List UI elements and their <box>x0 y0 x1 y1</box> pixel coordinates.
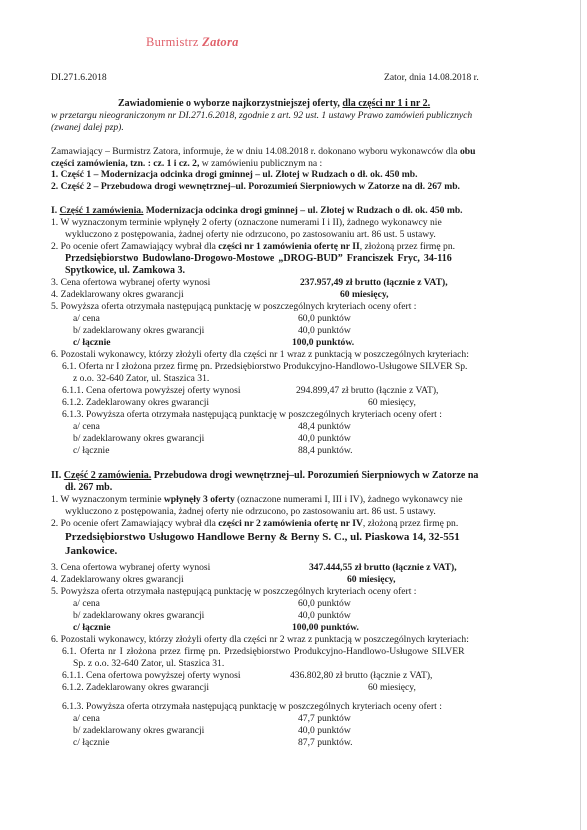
stamp-name: Zatora <box>202 35 239 49</box>
part1-price-value: 237.957,49 zł brutto (łącznie z VAT), <box>300 277 448 288</box>
part1-other-line1: 6.1. Oferta nr I złożona przez firmę pn.… <box>62 361 467 372</box>
para-text: 2. Po ocenie ofert Zamawiający wybrał dl… <box>51 518 218 529</box>
intro-bold: części zamówienia, tzn. : cz. 1 i cz. 2, <box>51 158 199 169</box>
part2-other-score-b-value: 40,0 punktów <box>298 725 351 736</box>
heading-number: I. <box>51 205 60 216</box>
intro-bold: obu <box>460 146 475 157</box>
part2-para2: 2. Po ocenie ofert Zamawiający wybrał dl… <box>51 518 458 529</box>
para-text: (oznaczone numerami I, III i IV), żadneg… <box>235 494 463 505</box>
part2-score-c-label: c/ łącznie <box>73 622 111 633</box>
intro-text: w zamówieniu publicznym na : <box>199 158 322 169</box>
part2-score-a-label: a/ cena <box>73 598 100 609</box>
heading-underlined: Część 1 zamówienia. <box>60 205 144 216</box>
para-bold: części nr 1 zamówienia ofertę nr II <box>218 241 359 252</box>
title-subtitle-1: w przetargu nieograniczonym nr DI.271.6.… <box>51 110 472 121</box>
part1-other-score-b-label: b/ zadeklarowany okres gwarancji <box>73 433 204 444</box>
part1-other-score-c-label: c/ łącznie <box>73 445 109 456</box>
part2-other-score-b-label: b/ zadeklarowany okres gwarancji <box>73 725 204 736</box>
part2-other-price-value: 436.802,80 zł brutto (łącznie z VAT), <box>290 670 432 681</box>
intro-line-2: części zamówienia, tzn. : cz. 1 i cz. 2,… <box>51 158 322 169</box>
para-text: 2. Po ocenie ofert Zamawiający wybrał dl… <box>51 241 218 252</box>
place-date: Zator, dnia 14.08.2018 r. <box>384 72 479 83</box>
intro-item-1: 1. Część 1 – Modernizacja odcinka drogi … <box>51 169 418 180</box>
part2-score-b-value: 40,0 punktów <box>298 610 351 621</box>
part2-other-warranty-label: 6.1.2. Zadeklarowany okres gwarancji <box>62 682 209 693</box>
title-subtitle-2: (zwanej dalej pzp). <box>51 122 124 133</box>
part2-winner-line2: Jankowice. <box>65 545 117 558</box>
intro-text: Zamawiający – Burmistrz Zatora, informuj… <box>51 146 460 157</box>
para-text: 1. W wyznaczonym terminie <box>51 494 164 505</box>
part1-winner-line1: Przedsiębiorstwo Budowlano-Drogowo-Mosto… <box>65 253 452 264</box>
part2-others-intro: 6. Pozostali wykonawcy, którzy złożyli o… <box>51 634 469 645</box>
title-main: Zawiadomienie o wyborze najkorzystniejsz… <box>118 98 342 109</box>
part1-para1-line2: wykluczono z postępowania, żadnej oferty… <box>65 229 436 240</box>
part2-score-c-value: 100,00 punktów. <box>292 622 359 633</box>
part2-other-score-c-value: 87,7 punktów. <box>298 737 353 748</box>
part2-heading: II. Część 2 zamówienia. Przebudowa drogi… <box>51 470 478 481</box>
part1-heading: I. Część 1 zamówienia. Modernizacja odci… <box>51 205 463 216</box>
part2-other-score-intro: 6.1.3. Powyższa oferta otrzymała następu… <box>62 701 442 712</box>
intro-line-1: Zamawiający – Burmistrz Zatora, informuj… <box>51 146 475 157</box>
scan-edge-line <box>580 0 581 830</box>
part1-other-score-intro: 6.1.3. Powyższa oferta otrzymała następu… <box>62 409 442 420</box>
part1-score-b-value: 40,0 punktów <box>298 325 351 336</box>
para-text: , złożoną przez firmę pn. <box>363 518 458 529</box>
heading-rest: Przebudowa drogi wewnętrznej–ul. Porozum… <box>151 470 478 481</box>
part2-price-value: 347.444,55 zł brutto (łącznie z VAT), <box>309 562 457 573</box>
heading-rest: Modernizacja odcinka drogi gminnej – ul.… <box>143 205 462 216</box>
part1-score-a-value: 60,0 punktów <box>298 313 351 324</box>
part1-warranty-label: 4. Zadeklarowany okres gwarancji <box>51 289 184 300</box>
part1-score-c-value: 100,0 punktów. <box>292 337 354 348</box>
heading-underlined: Część 2 zamówienia. <box>64 470 151 481</box>
part2-para1-line2: wykluczono z postępowania, żadnej oferty… <box>65 506 436 517</box>
part2-score-a-value: 60,0 punktów <box>298 598 351 609</box>
part1-other-price-value: 294.899,47 zł brutto (łącznie z VAT), <box>296 385 438 396</box>
part1-other-score-a-value: 48,4 punktów <box>298 421 351 432</box>
part2-other-price-label: 6.1.1. Cena ofertowa powyższej oferty wy… <box>62 670 241 681</box>
part1-other-warranty-value: 60 miesięcy, <box>368 397 416 408</box>
part1-other-warranty-label: 6.1.2. Zadeklarowany okres gwarancji <box>62 397 209 408</box>
part2-score-intro: 5. Powyższa oferta otrzymała następującą… <box>51 586 416 597</box>
part1-para2: 2. Po ocenie ofert Zamawiający wybrał dl… <box>51 241 455 252</box>
part2-warranty-label: 4. Zadeklarowany okres gwarancji <box>51 574 184 585</box>
part2-score-b-label: b/ zadeklarowany okres gwarancji <box>73 610 204 621</box>
part1-other-price-label: 6.1.1. Cena ofertowa powyższej oferty wy… <box>62 385 241 396</box>
heading-number: II. <box>51 470 64 481</box>
part2-para1: 1. W wyznaczonym terminie wpłynęły 3 ofe… <box>51 494 463 505</box>
intro-item-2: 2. Część 2 – Przebudowa drogi wewnętrzne… <box>51 181 460 192</box>
part2-other-score-c-label: c/ łącznie <box>73 737 109 748</box>
part1-score-b-label: b/ zadeklarowany okres gwarancji <box>73 325 204 336</box>
part2-other-line2: Sp. z o.o. 32-640 Zator, ul. Staszica 31… <box>73 658 224 669</box>
para-bold: wpłynęły 3 oferty <box>164 494 235 505</box>
title-underlined: dla części nr 1 i nr 2. <box>342 98 430 109</box>
part1-price-label: 3. Cena ofertowa wybranej oferty wynosi <box>51 277 210 288</box>
part2-heading-line2: dł. 267 mb. <box>65 482 112 493</box>
para-text: , złożoną przez firmę pn. <box>360 241 455 252</box>
letterhead-stamp: Burmistrz Zatora <box>146 37 239 48</box>
part1-warranty-value: 60 miesięcy, <box>340 289 389 300</box>
part2-winner-line1: Przedsiębiorstwo Usługowo Handlowe Berny… <box>65 531 460 544</box>
part1-score-a-label: a/ cena <box>73 313 100 324</box>
part2-other-score-a-value: 47,7 punktów <box>298 713 351 724</box>
part1-winner-line2: Spytkowice, ul. Zamkowa 3. <box>65 265 185 276</box>
part2-warranty-value: 60 miesięcy, <box>347 574 396 585</box>
stamp-prefix: Burmistrz <box>146 35 199 49</box>
part1-other-score-b-value: 40,0 punktów <box>298 433 351 444</box>
part1-other-score-c-value: 88,4 punktów. <box>298 445 353 456</box>
part2-price-label: 3. Cena ofertowa wybranej oferty wynosi <box>51 562 210 573</box>
part1-para1-line1: 1. W wyznaczonym terminie wpłynęły 2 ofe… <box>51 217 442 228</box>
part2-other-warranty-value: 60 miesięcy, <box>368 682 416 693</box>
part1-other-line2: z o.o. 32-640 Zator, ul. Staszica 31. <box>73 373 209 384</box>
part2-other-score-a-label: a/ cena <box>73 713 100 724</box>
part1-others-intro: 6. Pozostali wykonawcy, którzy złożyli o… <box>51 349 469 360</box>
part1-other-score-a-label: a/ cena <box>73 421 100 432</box>
part1-score-intro: 5. Powyższa oferta otrzymała następującą… <box>51 301 416 312</box>
part1-score-c-label: c/ łącznie <box>73 337 111 348</box>
para-bold: części nr 2 zamówienia ofertę nr IV <box>218 518 363 529</box>
part2-other-line1: 6.1. Oferta nr I złożona przez firmę pn.… <box>62 646 465 657</box>
reference-number: DI.271.6.2018 <box>51 72 107 83</box>
document-title: Zawiadomienie o wyborze najkorzystniejsz… <box>118 98 430 109</box>
